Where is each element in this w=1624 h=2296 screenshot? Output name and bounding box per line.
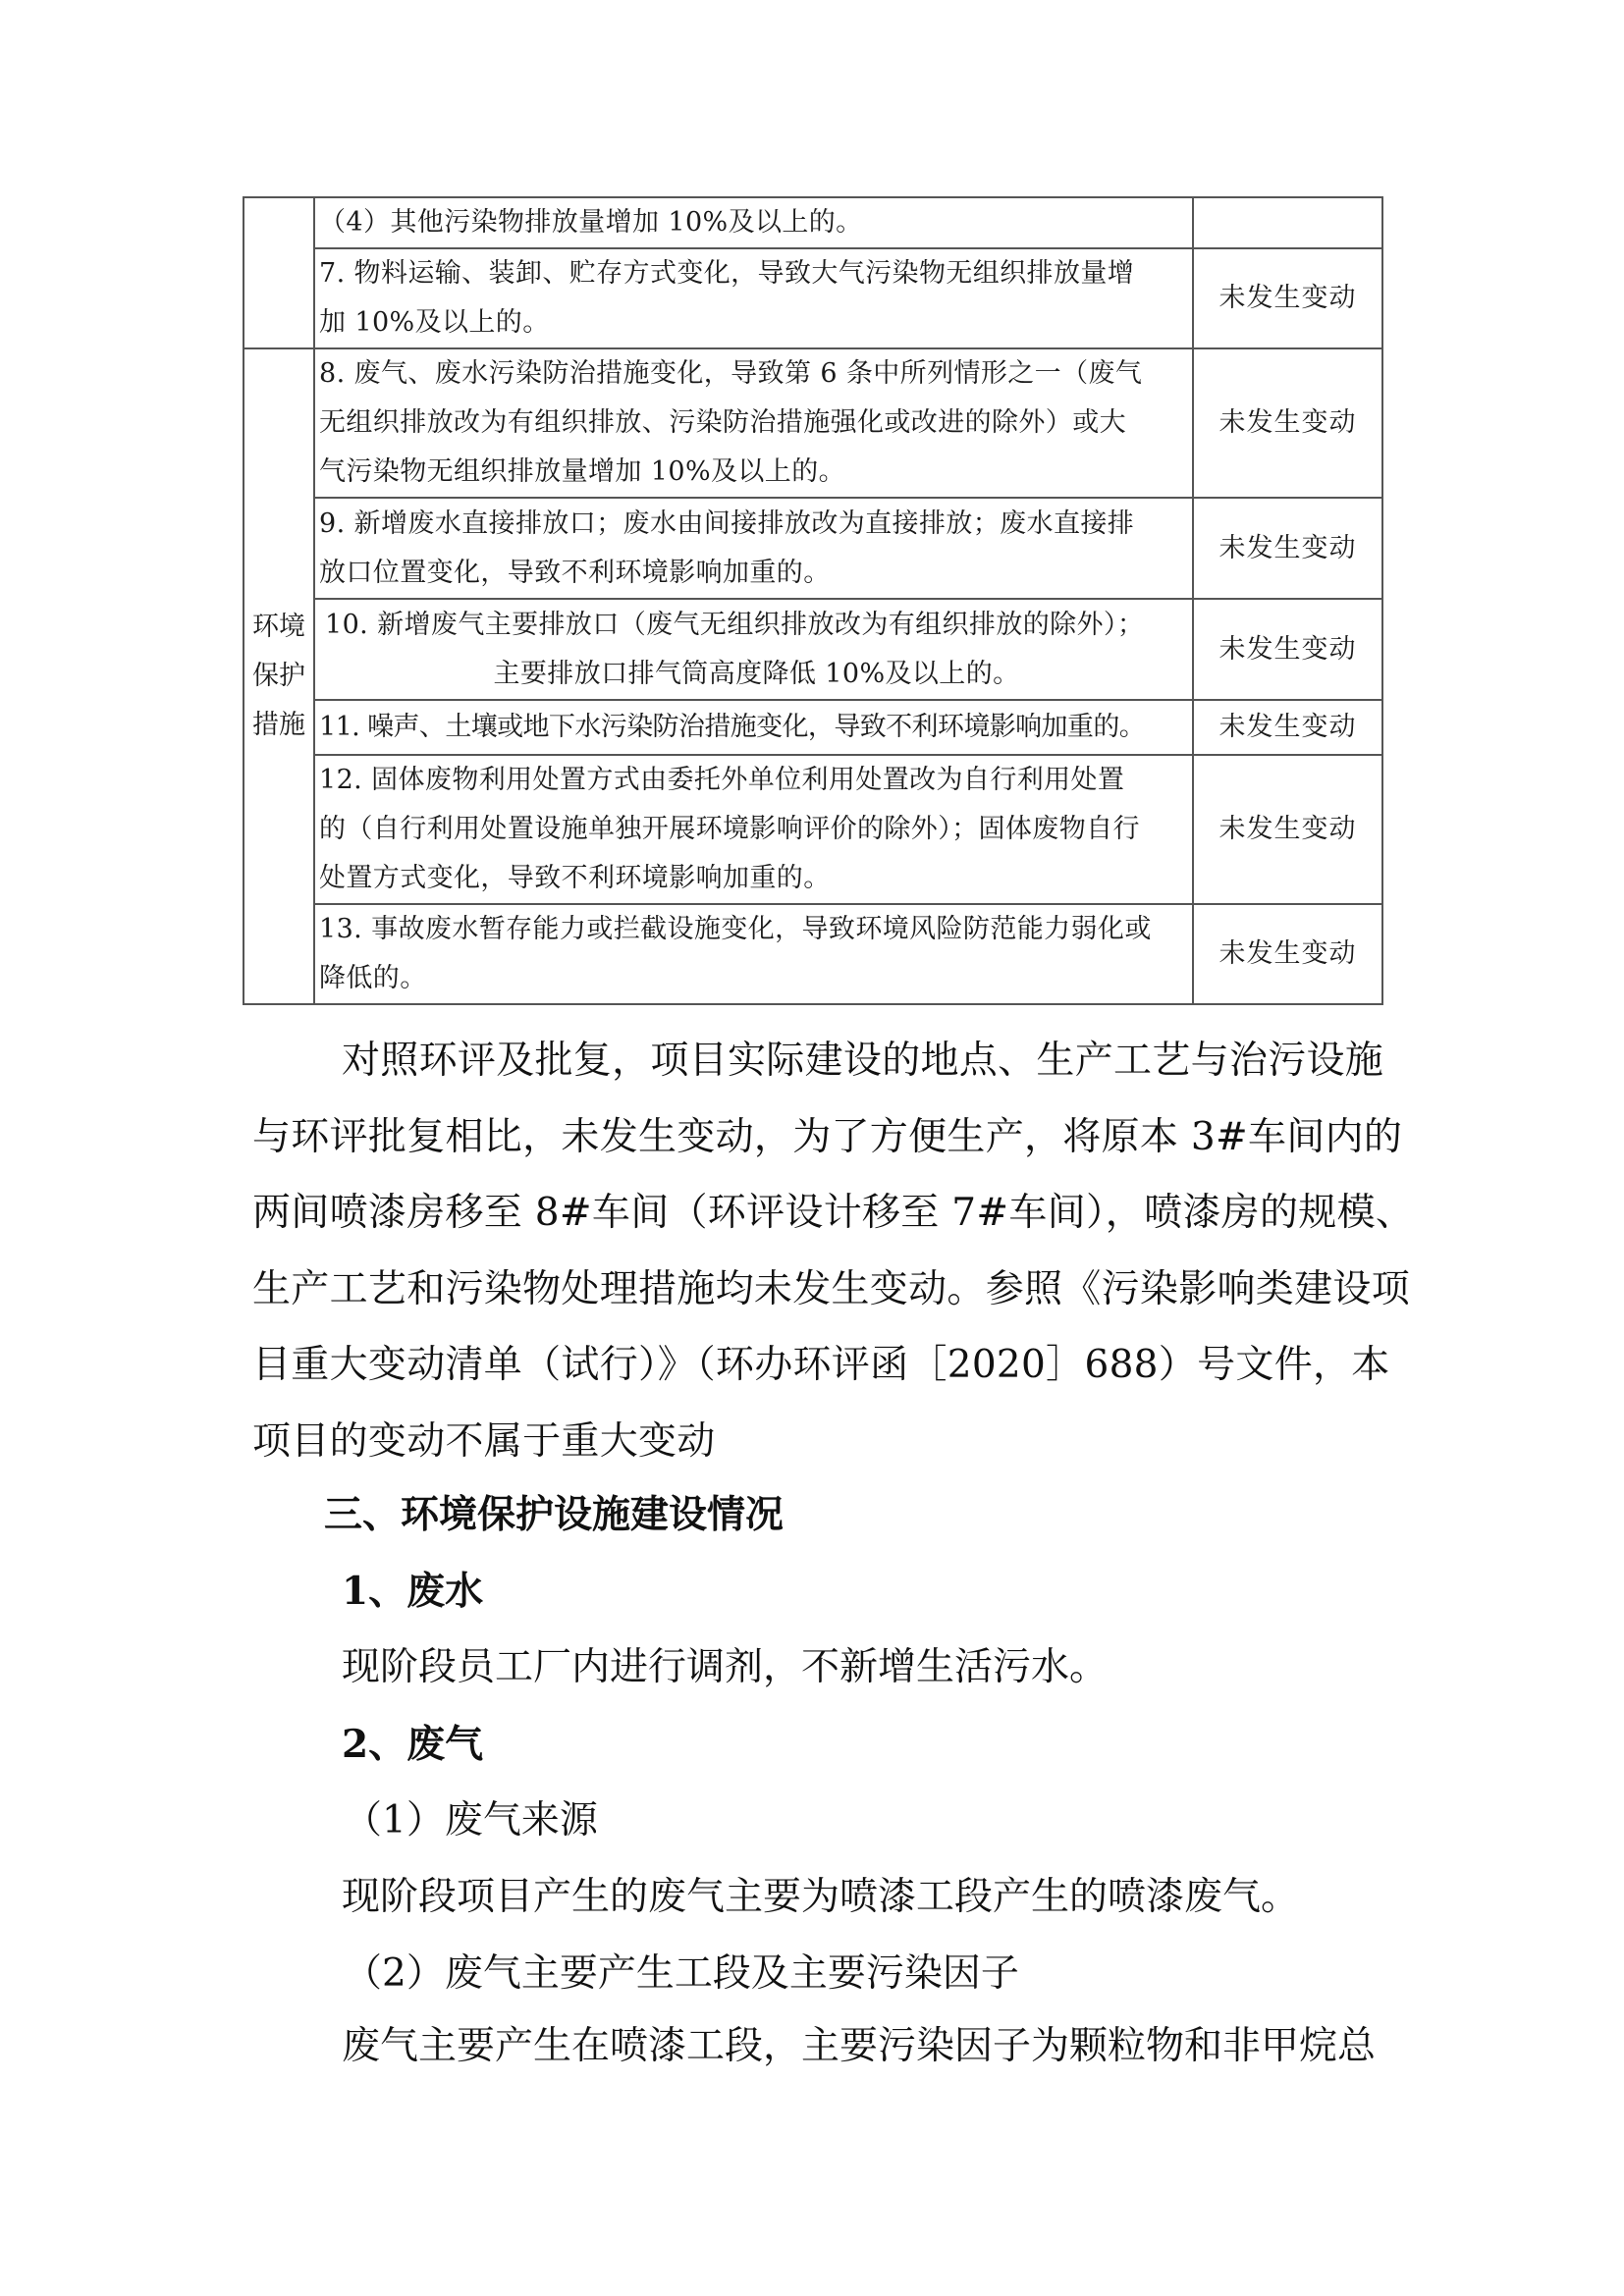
item-text: 主要排放口排气筒高度降低 10%及以上的。 [325,650,1188,699]
status-cell: 未发生变动 [1193,248,1382,348]
item-text: 10. 新增废气主要排放口（废气无组织排放改为有组织排放的除外）； [325,601,1188,650]
subsection-heading-wastewater: 1、废水 [342,1567,483,1616]
category-cell-empty [244,197,314,348]
wastewater-text: 现阶段员工厂内进行调剂，不新增生活污水。 [342,1643,1108,1692]
status-cell: 未发生变动 [1193,700,1382,755]
item-text: 气污染物无组织排放量增加 10%及以上的。 [319,448,1188,497]
category-label: 保护 [244,652,313,701]
status-cell [1193,197,1382,248]
status-cell: 未发生变动 [1193,498,1382,599]
table-row: 7. 物料运输、装卸、贮存方式变化，导致大气污染物无组织排放量增 加 10%及以… [244,248,1382,348]
waste-gas-stage-heading: （2）废气主要产生工段及主要污染因子 [344,1949,1019,1999]
item-cell: 13. 事故废水暂存能力或拦截设施变化，导致环境风险防范能力弱化或 降低的。 [314,904,1193,1004]
table-row: 9. 新增废水直接排放口；废水由间接排放改为直接排放；废水直接排 放口位置变化，… [244,498,1382,599]
item-text: 降低的。 [319,954,1188,1003]
section-heading: 三、环境保护设施建设情况 [324,1490,784,1539]
table-row: 12. 固体废物利用处置方式由委托外单位利用处置改为自行利用处置 的（自行利用处… [244,755,1382,904]
item-cell: 8. 废气、废水污染防治措施变化，导致第 6 条中所列情形之一（废气 无组织排放… [314,348,1193,498]
table-row: 环境 保护 措施 8. 废气、废水污染防治措施变化，导致第 6 条中所列情形之一… [244,348,1382,498]
table-row: 13. 事故废水暂存能力或拦截设施变化，导致环境风险防范能力弱化或 降低的。 未… [244,904,1382,1004]
item-text: 11. 噪声、土壤或地下水污染防治措施变化，导致不利环境影响加重的。 [319,703,1188,752]
item-text: 加 10%及以上的。 [319,298,1188,347]
item-text: 7. 物料运输、装卸、贮存方式变化，导致大气污染物无组织排放量增 [319,249,1188,298]
item-cell: 7. 物料运输、装卸、贮存方式变化，导致大气污染物无组织排放量增 加 10%及以… [314,248,1193,348]
item-text: 处置方式变化，导致不利环境影响加重的。 [319,854,1188,903]
waste-gas-source-text: 现阶段项目产生的废气主要为喷漆工段产生的喷漆废气。 [342,1873,1299,1922]
item-cell: （4）其他污染物排放量增加 10%及以上的。 [314,197,1193,248]
major-change-checklist-table: （4）其他污染物排放量增加 10%及以上的。 7. 物料运输、装卸、贮存方式变化… [243,196,1383,1005]
item-cell: 11. 噪声、土壤或地下水污染防治措施变化，导致不利环境影响加重的。 [314,700,1193,755]
status-cell: 未发生变动 [1193,755,1382,904]
item-cell: 9. 新增废水直接排放口；废水由间接排放改为直接排放；废水直接排 放口位置变化，… [314,498,1193,599]
item-text: 9. 新增废水直接排放口；废水由间接排放改为直接排放；废水直接排 [319,500,1188,549]
waste-gas-stage-text: 废气主要产生在喷漆工段，主要污染因子为颗粒物和非甲烷总 [342,2022,1376,2071]
waste-gas-source-heading: （1）废气来源 [344,1796,598,1845]
paragraph-line: 与环评批复相比，未发生变动，为了方便生产，将原本 3#车间内的 [252,1099,1381,1176]
category-label: 措施 [244,701,313,750]
category-cell-environmental-protection-measures: 环境 保护 措施 [244,348,314,1004]
table-row: 11. 噪声、土壤或地下水污染防治措施变化，导致不利环境影响加重的。 未发生变动 [244,700,1382,755]
document-page: （4）其他污染物排放量增加 10%及以上的。 7. 物料运输、装卸、贮存方式变化… [0,0,1624,2296]
status-cell: 未发生变动 [1193,904,1382,1004]
item-text: 8. 废气、废水污染防治措施变化，导致第 6 条中所列情形之一（废气 [319,349,1188,399]
item-cell: 12. 固体废物利用处置方式由委托外单位利用处置改为自行利用处置 的（自行利用处… [314,755,1193,904]
item-text: （4）其他污染物排放量增加 10%及以上的。 [319,198,1188,247]
item-text: 13. 事故废水暂存能力或拦截设施变化，导致环境风险防范能力弱化或 [319,905,1188,954]
table-row: 10. 新增废气主要排放口（废气无组织排放改为有组织排放的除外）； 主要排放口排… [244,599,1382,700]
status-cell: 未发生变动 [1193,348,1382,498]
item-text: 放口位置变化，导致不利环境影响加重的。 [319,549,1188,598]
table-row: （4）其他污染物排放量增加 10%及以上的。 [244,197,1382,248]
item-cell: 10. 新增废气主要排放口（废气无组织排放改为有组织排放的除外）； 主要排放口排… [314,599,1193,700]
item-text: 的（自行利用处置设施单独开展环境影响评价的除外）；固体废物自行 [319,805,1188,854]
subsection-heading-waste-gas: 2、废气 [342,1720,483,1769]
paragraph-line: 对照环评及批复，项目实际建设的地点、生产工艺与治污设施 [252,1023,1381,1099]
paragraph-line: 目重大变动清单（试行）》（环办环评函［2020］688）号文件，本 [252,1327,1381,1404]
status-cell: 未发生变动 [1193,599,1382,700]
paragraph-line: 两间喷漆房移至 8#车间（环评设计移至 7#车间），喷漆房的规模、 [252,1175,1381,1252]
paragraph-line: 项目的变动不属于重大变动 [252,1404,1381,1480]
item-text: 12. 固体废物利用处置方式由委托外单位利用处置改为自行利用处置 [319,756,1188,805]
item-text: 无组织排放改为有组织排放、污染防治措施强化或改进的除外）或大 [319,399,1188,448]
category-label: 环境 [244,603,313,652]
paragraph-line: 生产工艺和污染物处理措施均未发生变动。参照《污染影响类建设项 [252,1252,1381,1328]
comparison-paragraph: 对照环评及批复，项目实际建设的地点、生产工艺与治污设施 与环评批复相比，未发生变… [252,1023,1381,1479]
